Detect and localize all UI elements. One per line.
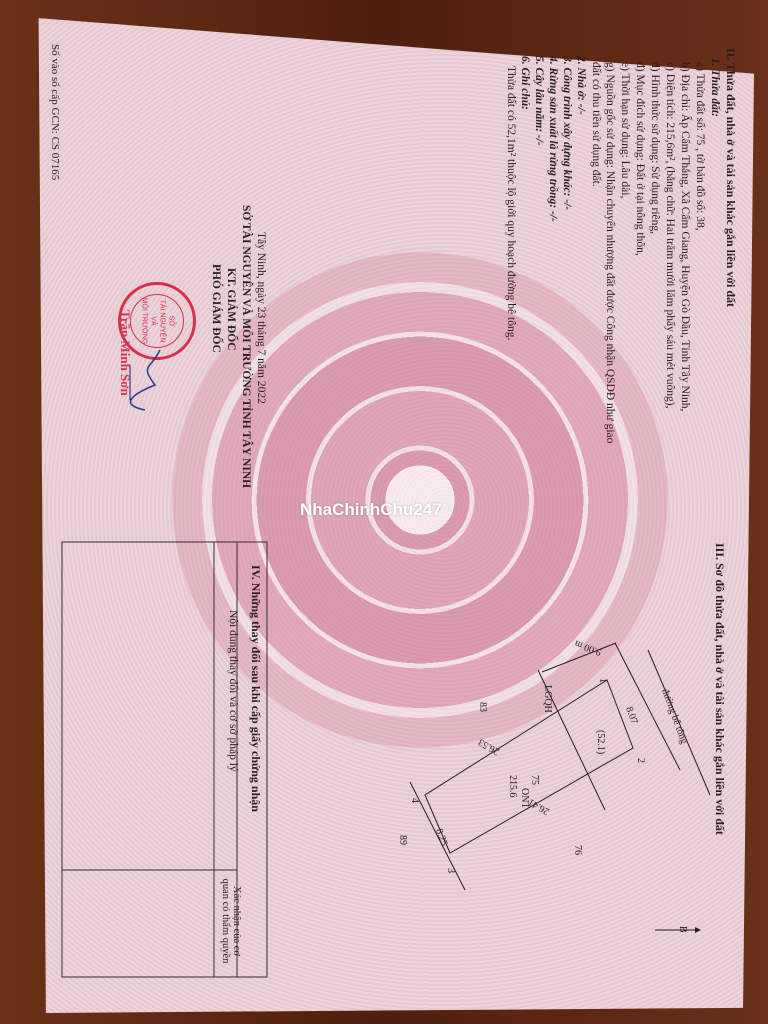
- seal-text: SỞ TÀI NGUYÊN VÀ MÔI TRƯỜNG: [139, 298, 175, 345]
- parcel-number: 75: [529, 775, 540, 785]
- road-label: đường bê tông: [659, 687, 689, 745]
- parcel-line-a: a) Thửa đất số: 75 , tờ bản đồ số: 38,: [692, 62, 708, 231]
- note-text: Thửa đất có 52,1m² thuộc lộ giới quy hoạ…: [503, 66, 519, 340]
- parcel-line-g2: đất có thu tiền sử dụng đất.: [588, 62, 604, 187]
- vertex-2: 2: [635, 758, 646, 763]
- parcel-area: 215.6: [507, 775, 518, 798]
- signer-name: Trần Minh Sơn: [117, 310, 133, 396]
- parcel-line-b: b) Địa chỉ: Ấp Cẩm Thắng, Xã Cẩm Giang, …: [677, 62, 693, 411]
- registry-number: Số vào sổ cấp GCN: CS 07165: [47, 44, 63, 180]
- neighbor-83: 83: [477, 702, 488, 712]
- changes-table: [52, 540, 277, 990]
- edge-4-1: 26.53: [477, 736, 502, 757]
- road-reserve-area: (52.1): [595, 730, 606, 754]
- edge-3-4: 8.25: [433, 827, 449, 847]
- date-line: Tây Ninh, ngày 23 tháng 7 năm 2022: [253, 232, 269, 404]
- agency-name: SỞ TÀI NGUYÊN VÀ MÔI TRƯỜNG TỈNH TÂY NIN…: [238, 205, 254, 488]
- item-notes: 6. Ghi chú:: [517, 56, 533, 110]
- item-house: 2. Nhà ở: -/-: [573, 56, 589, 115]
- neighbor-76: 76: [572, 845, 583, 855]
- on-behalf-label: KT. GIÁM ĐỐC: [223, 268, 239, 351]
- land-type: ONT: [519, 788, 530, 809]
- vertex-3: 3: [445, 868, 456, 873]
- item-perennial-trees: 5. Cây lâu năm: -/-: [531, 56, 547, 146]
- item-production-forest: 4. Rừng sản xuất là rừng trồng: -/-: [545, 56, 561, 222]
- setback-distance: 9.00 m: [573, 638, 603, 658]
- parcel-line-d: d) Hình thức sử dụng: Sử dụng riêng,: [647, 62, 663, 234]
- column-header-changes: Nội dung thay đổi và cơ sở pháp lý: [225, 610, 241, 772]
- setback-label: LGQH: [542, 685, 553, 713]
- edge-1-2: 8.07: [623, 705, 639, 725]
- parcel-line-c: c) Diện tích: 215,6m², (bằng chữ: Hai tr…: [662, 62, 678, 408]
- signer-title: PHÓ GIÁM ĐỐC: [208, 264, 224, 353]
- neighbor-89: 89: [397, 835, 408, 845]
- section-4-title: IV. Những thay đổi sau khi cấp giấy chứn…: [248, 565, 263, 812]
- column-header-confirmation: Xác nhận của cơ quan có thẩm quyền: [220, 875, 242, 967]
- parcel-line-dd: đ) Mục đích sử dụng: Đất ở tại nông thôn…: [632, 62, 648, 256]
- vertex-4: 4: [409, 798, 420, 803]
- section-2-title: II. Thửa đất, nhà ở và tài sản khác gắn …: [723, 48, 738, 307]
- subsection-1-title: 1. Thửa đất:: [707, 58, 723, 117]
- item-other-construction: 3. Công trình xây dựng khác: -/-: [559, 56, 575, 210]
- watermark-text: NhaChinhChu247: [300, 500, 442, 520]
- vertex-1: 1: [597, 678, 608, 683]
- parcel-line-e: e) Thời hạn sử dụng: Lâu dài,: [617, 62, 633, 198]
- land-plot-diagram: 12348.0726.418.2526.53ONT75215.6(52.1)đư…: [380, 630, 720, 960]
- parcel-line-g: g) Nguồn gốc sử dụng: Nhận chuyển nhượng…: [602, 62, 618, 443]
